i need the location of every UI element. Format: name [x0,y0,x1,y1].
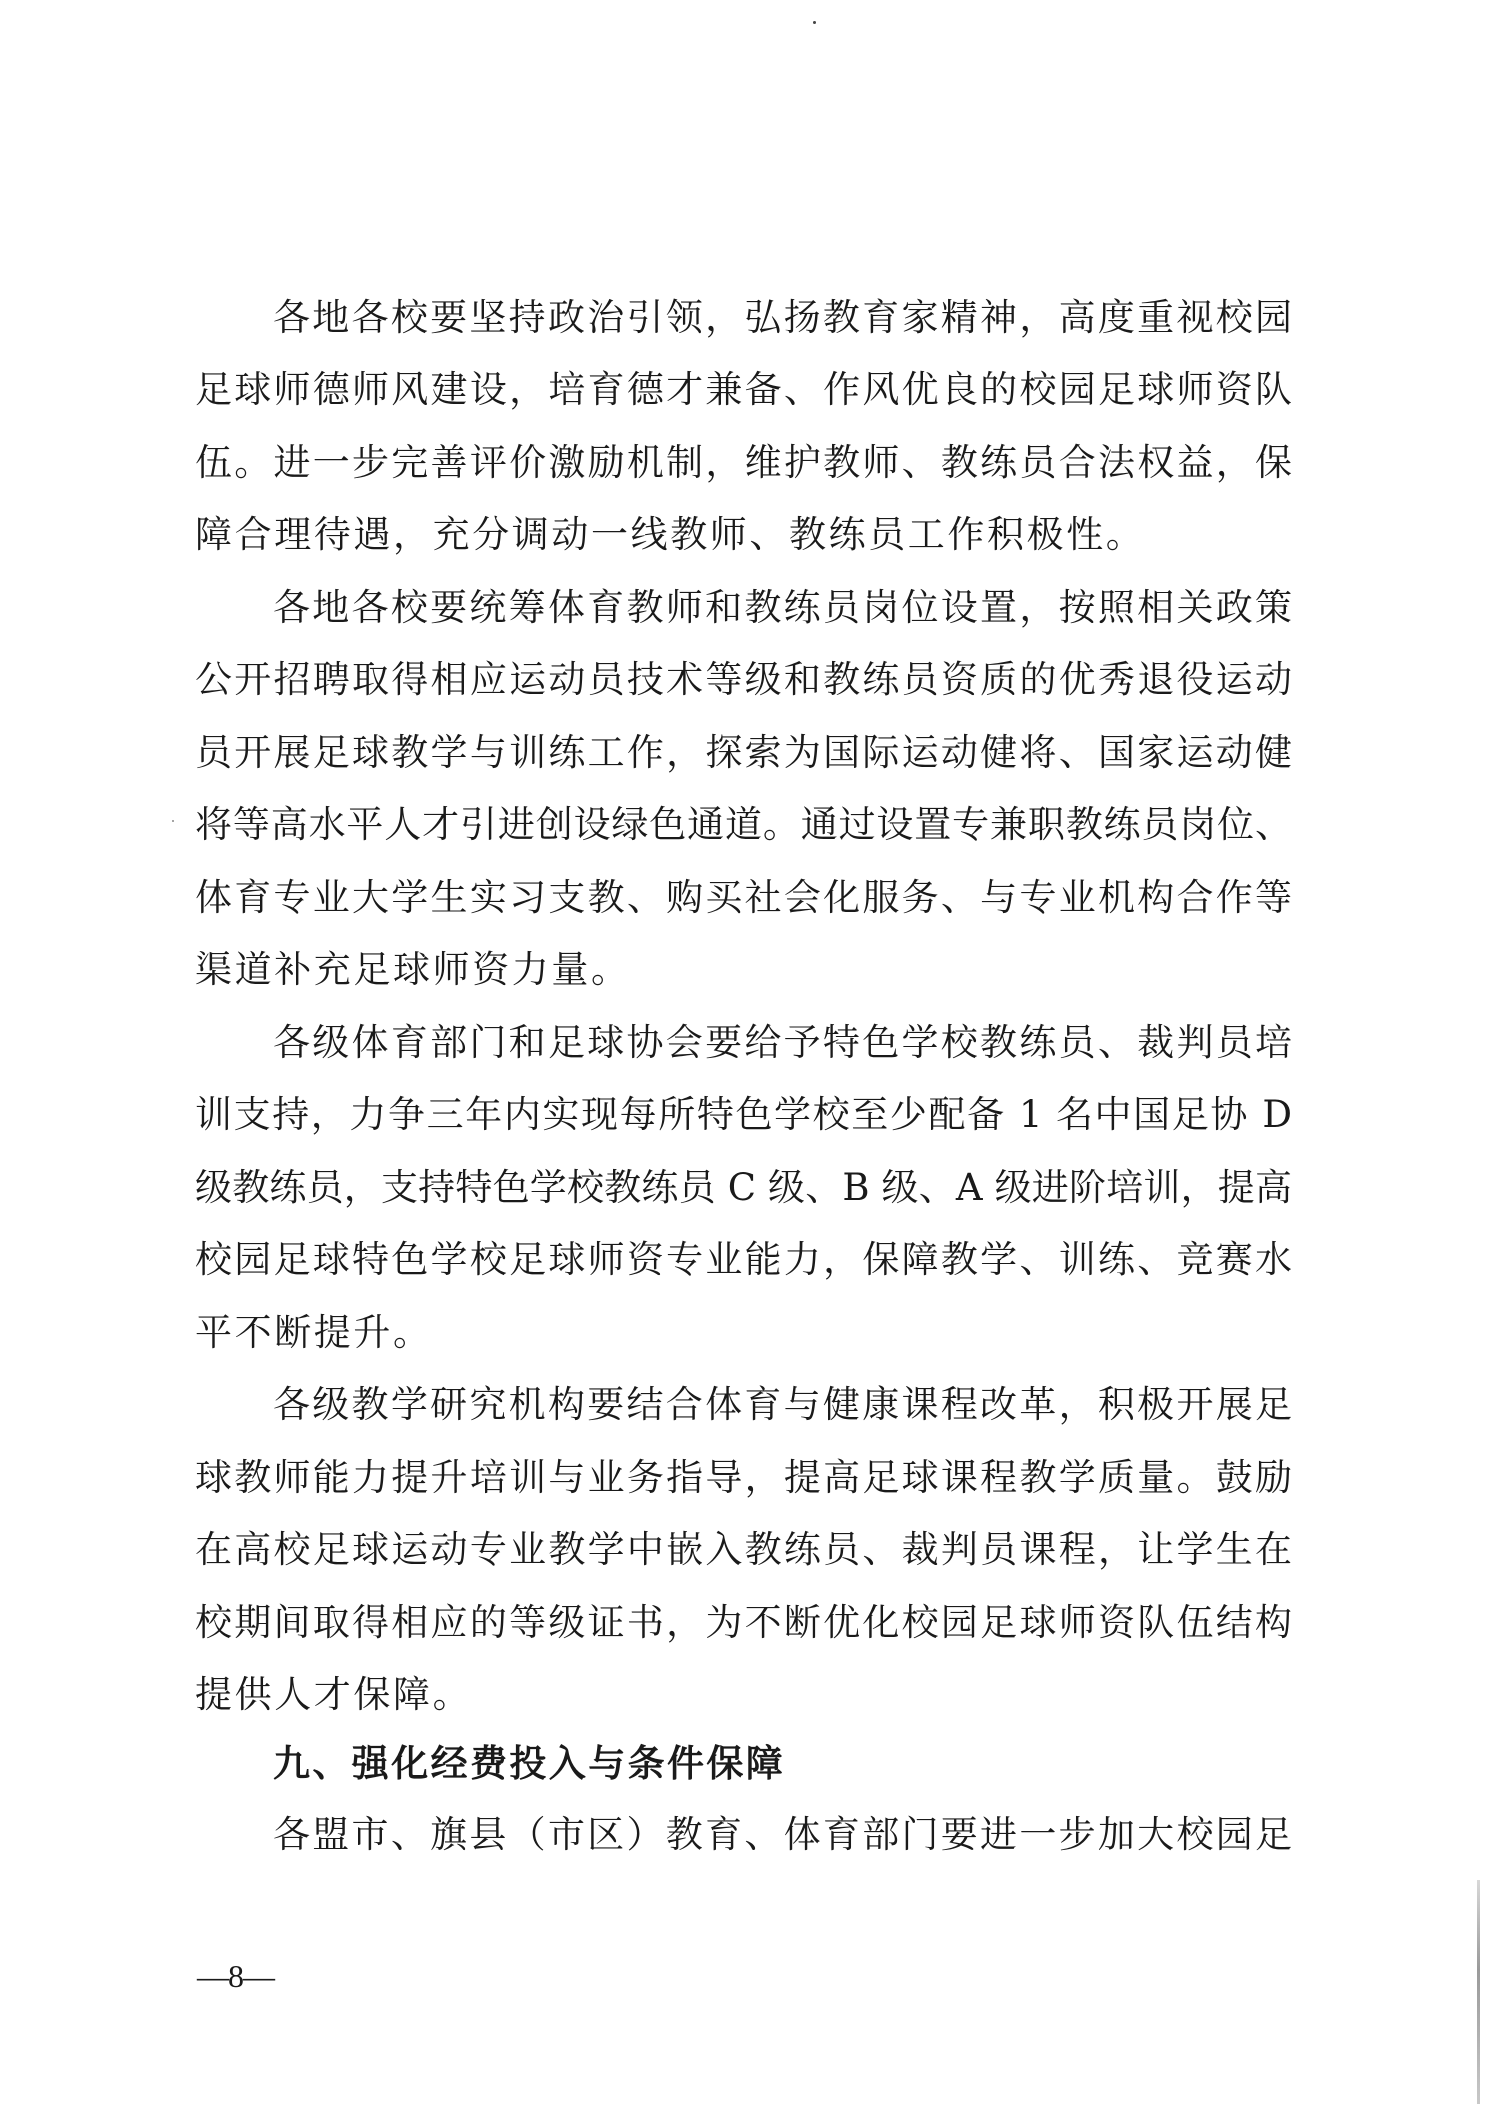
paragraph-line: 各地各校要坚持政治引领，弘扬教育家精神，高度重视校园 [273,296,1292,340]
paragraph-line: 校期间取得相应的等级证书，为不断优化校园足球师资队伍结构 [195,1601,1292,1645]
paragraph-line: 平不断提升。 [195,1311,1292,1355]
paragraph-line: 在高校足球运动专业教学中嵌入教练员、裁判员课程，让学生在 [195,1528,1292,1572]
paragraph-line: 渠道补充足球师资力量。 [195,948,1292,992]
paragraph-line: 球教师能力提升培训与业务指导，提高足球课程教学质量。鼓励 [195,1456,1292,1500]
paragraph-line: 将等高水平人才引进创设绿色通道。通过设置专兼职教练员岗位、 [195,803,1292,847]
paragraph-line: 级教练员，支持特色学校教练员 C 级、B 级、A 级进阶培训，提高 [195,1166,1292,1210]
paragraph-line: 校园足球特色学校足球师资专业能力，保障教学、训练、竞赛水 [195,1238,1292,1282]
page-number: —8— [197,1958,274,1994]
paragraph-line: 公开招聘取得相应运动员技术等级和教练员资质的优秀退役运动 [195,658,1292,702]
paragraph-line: 伍。进一步完善评价激励机制，维护教师、教练员合法权益，保 [195,441,1292,485]
paragraph-line: 障合理待遇，充分调动一线教师、教练员工作积极性。 [195,513,1292,557]
paragraph-line: 各级教学研究机构要结合体育与健康课程改革，积极开展足 [273,1383,1292,1427]
paragraph-line: 员开展足球教学与训练工作，探索为国际运动健将、国家运动健 [195,731,1292,775]
scan-edge-shadow [1477,1880,1480,2104]
scan-speck [813,21,816,24]
paragraph-line: 各级体育部门和足球协会要给予特色学校教练员、裁判员培 [273,1021,1292,1065]
paragraph-line: 各地各校要统筹体育教师和教练员岗位设置，按照相关政策 [273,586,1292,630]
section-heading: 九、强化经费投入与条件保障 [273,1742,785,1786]
scan-speck [172,820,174,822]
paragraph-line: 足球师德师风建设，培育德才兼备、作风优良的校园足球师资队 [195,368,1292,412]
document-page: 各地各校要坚持政治引领，弘扬教育家精神，高度重视校园 足球师德师风建设，培育德才… [0,0,1487,2104]
paragraph-line: 各盟市、旗县（市区）教育、体育部门要进一步加大校园足 [273,1813,1292,1857]
paragraph-line: 训支持，力争三年内实现每所特色学校至少配备 1 名中国足协 D [195,1093,1292,1137]
paragraph-line: 体育专业大学生实习支教、购买社会化服务、与专业机构合作等 [195,876,1292,920]
paragraph-line: 提供人才保障。 [195,1673,1292,1717]
